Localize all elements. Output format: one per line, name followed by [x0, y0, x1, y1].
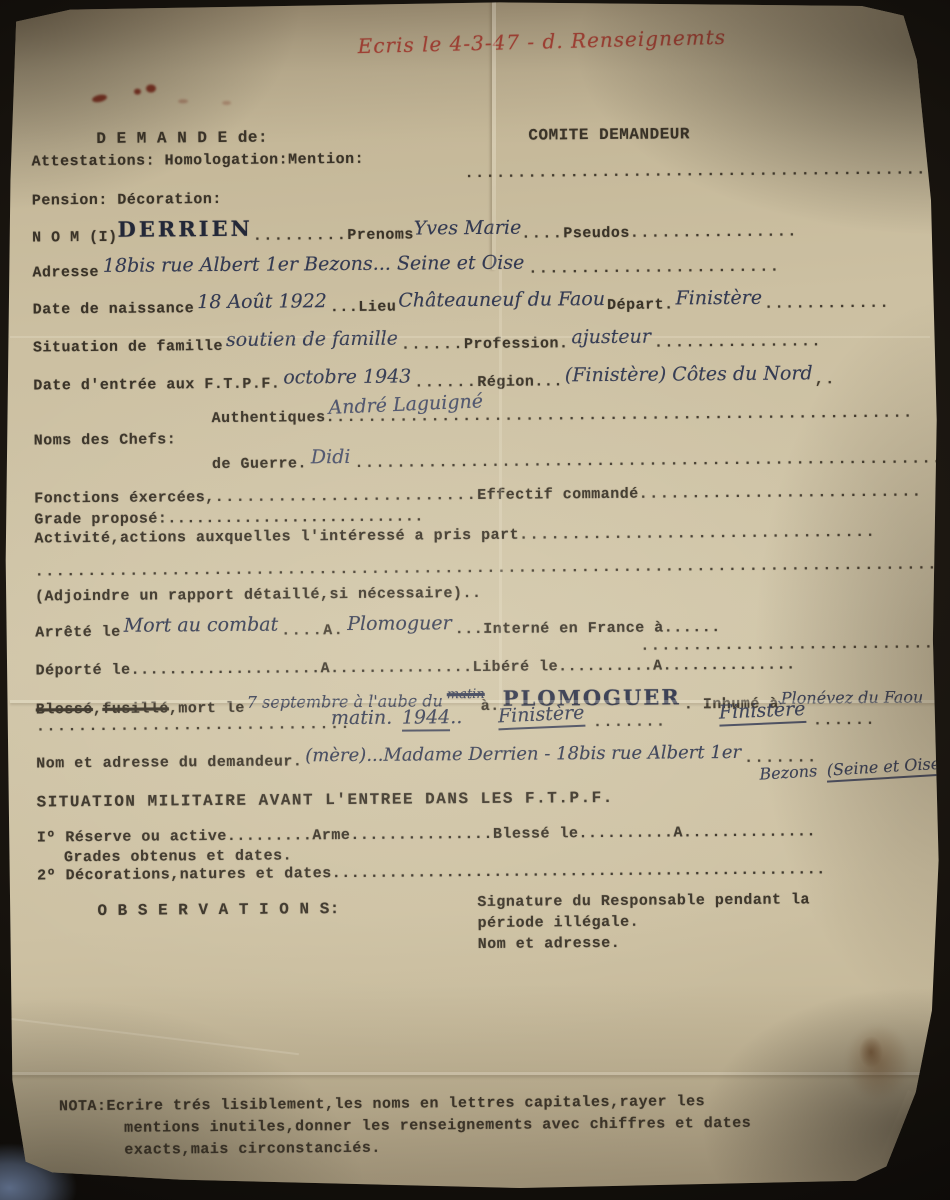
- nota-line-2: mentions inutiles,donner les renseigneme…: [124, 1114, 751, 1137]
- red-ink-smudge: [91, 93, 107, 103]
- red-ink-mark-corner: [887, 0, 918, 16]
- red-ink-smudge: [146, 84, 156, 92]
- header-comite: COMITE DEMANDEUR: [528, 125, 690, 144]
- interne-dots: ............................: [640, 634, 934, 654]
- mort-matin-1944: matin. 1944..: [331, 706, 463, 729]
- field-fonctions: Fonctions éxercées,.....................…: [34, 482, 922, 507]
- field-pension: Pension: Décoration:: [32, 190, 222, 209]
- field-demandeur: Nom et adresse du demandeur.(mère)...Mad…: [36, 745, 817, 772]
- activite-dots-line: ........................................…: [35, 555, 950, 580]
- nota-line-3: exacts,mais circonstanciés.: [124, 1139, 381, 1159]
- field-authentiques: Authentiques............................…: [211, 404, 913, 428]
- form-content: Ecris le 4-3-47 - d. Renseignemts D E M …: [0, 0, 950, 1200]
- mort-finistere-1: Finistère: [497, 702, 584, 728]
- red-ink-smudge: [178, 99, 188, 103]
- field-adjoindre: (Adjoindre un rapport détaillé,si nécess…: [35, 584, 482, 606]
- mort-dots-1: ..............................: [36, 715, 351, 735]
- field-entree: Date d'entrée aux F.T.P.F.octobre 1943..…: [33, 366, 836, 394]
- situation-title: SITUATION MILITAIRE AVANT L'ENTREE DANS …: [37, 789, 614, 812]
- mort-finistere-2: Finistère: [718, 698, 805, 724]
- red-ink-smudge: [222, 101, 231, 105]
- field-deporte: Déporté le....................A.........…: [35, 655, 795, 679]
- field-attestations: Attestations: Homologation:Mention:: [31, 150, 364, 171]
- mort-dots-3: ......: [813, 711, 876, 729]
- field-nom: N O M (I)DERRIEN.........PrenomsYves Mar…: [32, 215, 798, 246]
- field-guerre: de Guerre.Didi..........................…: [212, 445, 943, 473]
- signature-line-3: Nom et adresse.: [478, 934, 621, 953]
- observations-title: O B S E R V A T I O N S:: [97, 900, 340, 920]
- signature-line-1: Signature du Responsable pendant la: [477, 890, 810, 911]
- field-famille: Situation de famillesoutien de famille..…: [33, 328, 822, 356]
- red-annotation: Ecris le 4-3-47 - d. Renseignemts: [357, 25, 726, 58]
- field-reserve: Iº Réserve ou active.........Arme.......…: [37, 822, 816, 846]
- field-arrete: Arrêté leMort au combat....A.Plomoguer..…: [35, 614, 721, 641]
- field-naissance: Date de naissance18 Août 1922...LieuChât…: [33, 290, 891, 319]
- header-demande: D E M A N D E de:: [96, 129, 268, 148]
- attestations-dots: ........................................…: [465, 160, 927, 182]
- field-adresse: Adresse18bis rue Albert 1er Bezons... Se…: [32, 254, 780, 282]
- field-chefs: Noms des Chefs:: [34, 430, 177, 449]
- paper-document: Ecris le 4-3-47 - d. Renseignemts D E M …: [0, 0, 950, 1200]
- field-grades: Grades obtenus et dates.: [64, 846, 292, 866]
- red-ink-smudge: [134, 89, 141, 95]
- mort-dots-2: .......: [593, 713, 667, 732]
- signature-line-2: période illégale.: [477, 913, 639, 932]
- nota-line-1: NOTA:Ecrire trés lisiblement,les noms en…: [59, 1092, 705, 1115]
- field-grade: Grade proposé:..........................…: [34, 507, 424, 528]
